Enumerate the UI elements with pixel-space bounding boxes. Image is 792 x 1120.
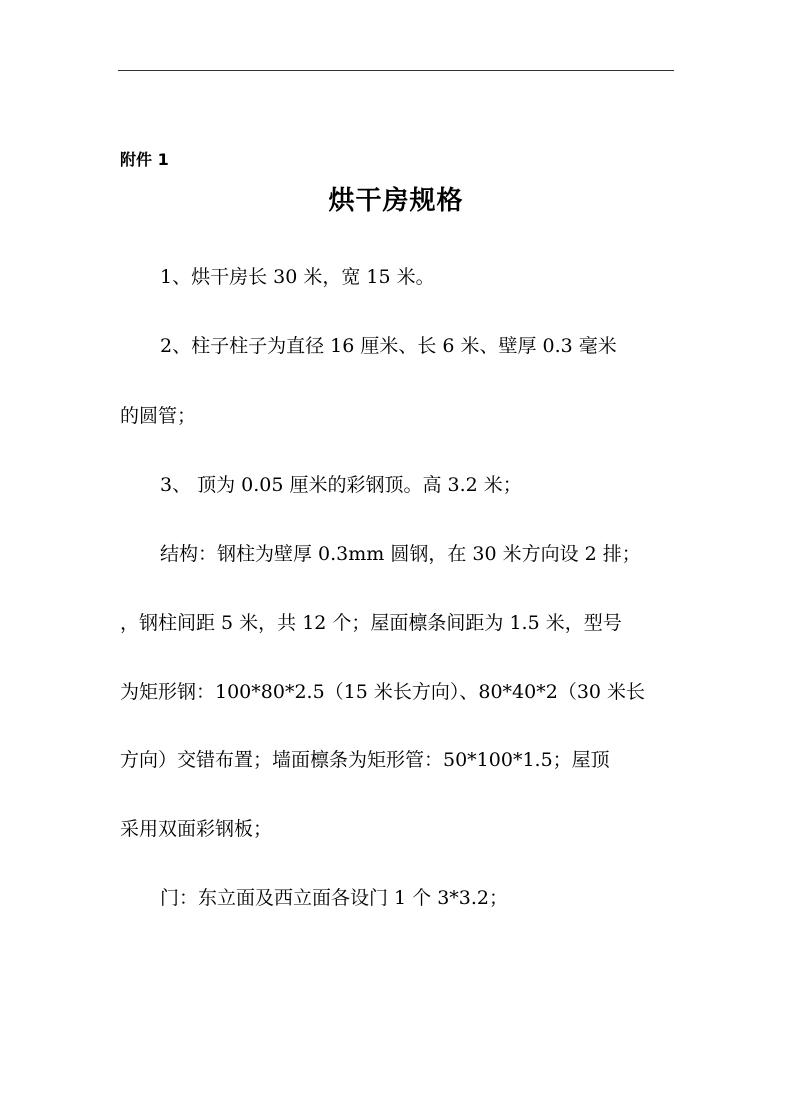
document-title: 烘干房规格 [0,183,792,219]
spec-item-2-continued: 的圆管； [120,404,196,428]
spec-item-1: 1、烘干房长 30 米，宽 15 米。 [160,265,435,289]
door-spec-line: 门：东立面及西立面各设门 1 个 3*3.2； [160,886,508,910]
structure-paragraph-line-4: 方向）交错布置；墙面檩条为矩形管：50*100*1.5；屋顶 [120,748,610,772]
spec-item-2: 2、柱子柱子为直径 16 厘米、长 6 米、壁厚 0.3 毫米 [160,334,617,358]
structure-paragraph-line-1: 结构：钢柱为壁厚 0.3mm 圆钢，在 30 米方向设 2 排； [160,542,641,566]
attachment-label: 附件 1 [120,150,169,170]
structure-paragraph-line-3: 为矩形钢：100*80*2.5（15 米长方向）、80*40*2（30 米长 [120,680,645,704]
spec-item-3: 3、 顶为 0.05 厘米的彩钢顶。高 3.2 米； [160,473,522,497]
structure-paragraph-line-2: ，钢柱间距 5 米，共 12 个；屋面檩条间距为 1.5 米，型号 [120,611,622,635]
header-rule [118,70,674,71]
structure-paragraph-line-5: 采用双面彩钢板； [120,817,272,841]
